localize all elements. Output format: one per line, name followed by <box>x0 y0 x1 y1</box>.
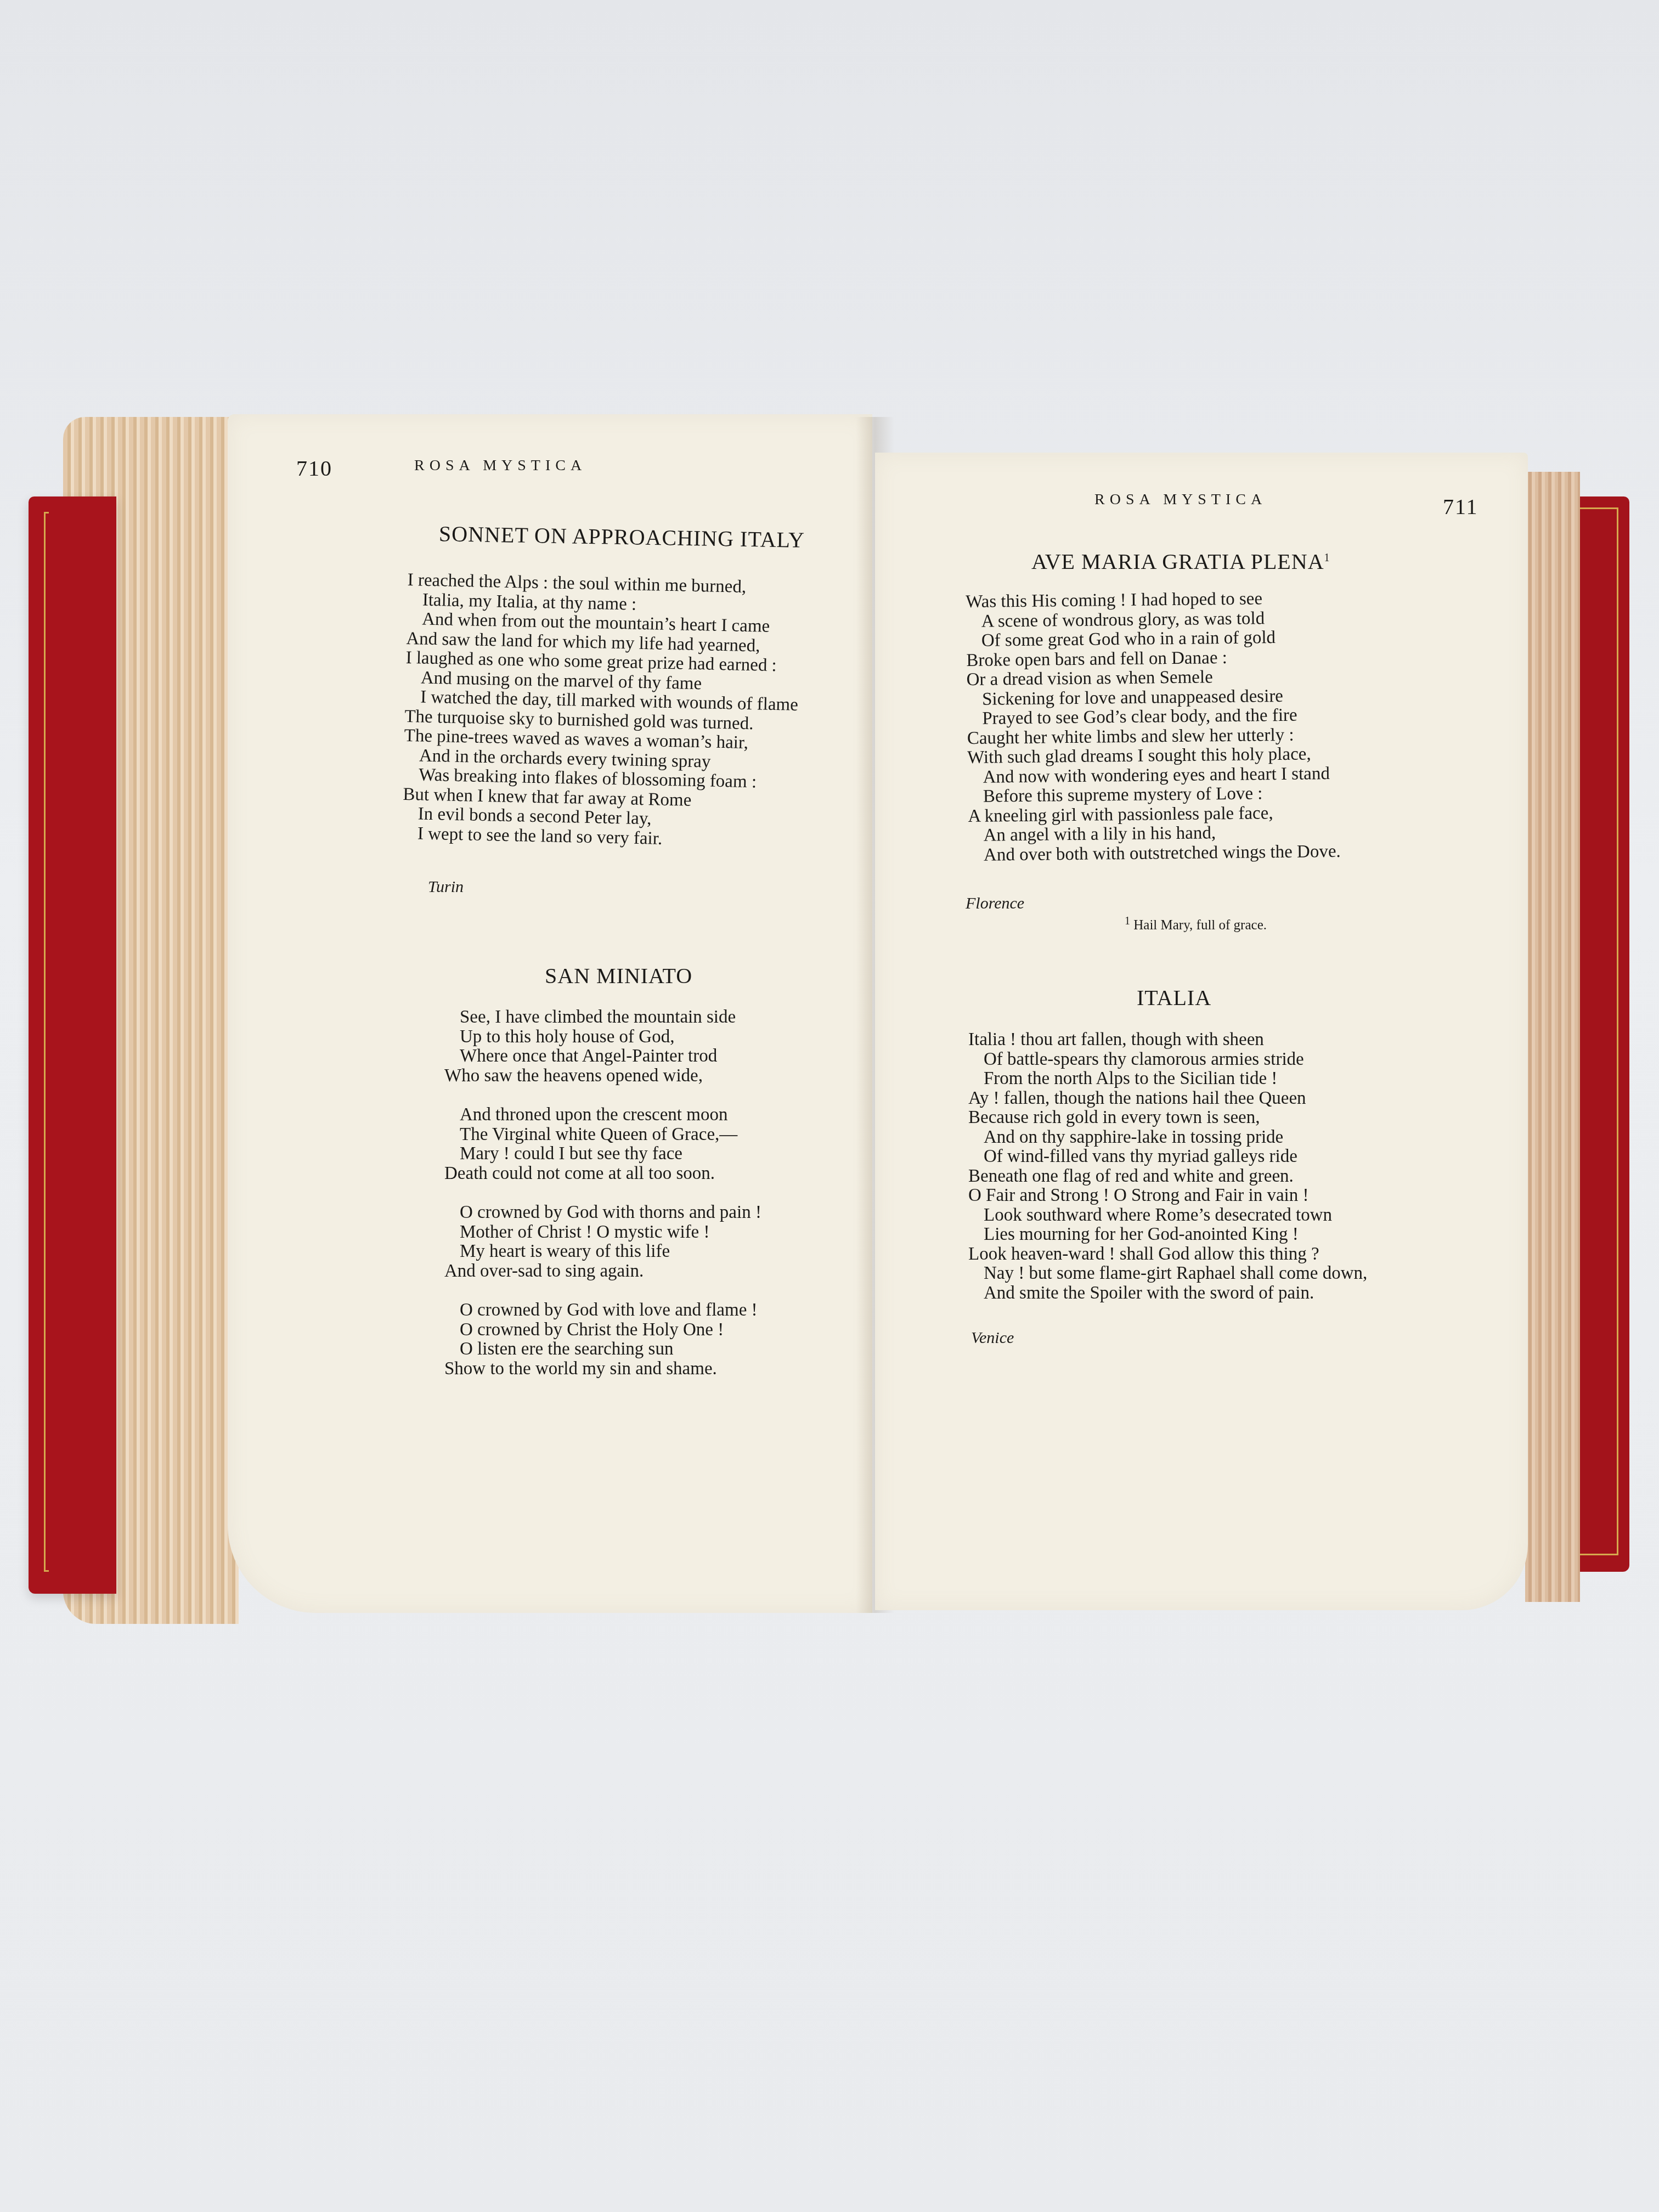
poem-body-san-miniato: See, I have climbed the mountain side Up… <box>444 1008 761 1379</box>
page-number: 711 <box>1443 494 1479 520</box>
poem-line: O crowned by Christ the Holy One ! <box>444 1321 761 1340</box>
poem-line: Of battle-spears thy clamorous armies st… <box>968 1050 1367 1070</box>
poem-line: O listen ere the searching sun <box>444 1340 761 1359</box>
gilt-border <box>1578 507 1618 1555</box>
stanza-break <box>444 1281 761 1301</box>
poem-line: Death could not come at all too soon. <box>444 1164 761 1184</box>
stanza-break <box>444 1086 761 1105</box>
poem-line: And over both with outstretched wings th… <box>968 842 1341 865</box>
poem-line: Italia ! thou art fallen, though with sh… <box>968 1030 1367 1050</box>
poem-line: Mary ! could I but see thy face <box>444 1144 761 1164</box>
stanza-break <box>444 1183 761 1203</box>
poem-line: Who saw the heavens opened wide, <box>444 1066 761 1086</box>
poem-place: Turin <box>428 878 464 896</box>
poem-title: SONNET ON APPROACHING ITALY <box>439 521 805 553</box>
poem-line: Beneath one flag of red and white and gr… <box>968 1167 1367 1187</box>
poem-line: O crowned by God with thorns and pain ! <box>444 1203 761 1223</box>
poem-body-italia: Italia ! thou art fallen, though with sh… <box>968 1030 1367 1303</box>
poem-line: Look heaven-ward ! shall God allow this … <box>968 1245 1367 1265</box>
poem-line: From the north Alps to the Sicilian tide… <box>968 1069 1367 1089</box>
running-head: ROSA MYSTICA <box>414 457 586 475</box>
poem-line: O crowned by God with love and flame ! <box>444 1301 761 1321</box>
left-page: 710 ROSA MYSTICA SONNET ON APPROACHING I… <box>228 414 872 1613</box>
poem-line: See, I have climbed the mountain side <box>444 1008 761 1028</box>
poem-line: And throned upon the crescent moon <box>444 1105 761 1125</box>
poem-line: Ay ! fallen, though the nations hail the… <box>968 1089 1367 1109</box>
poem-line: The Virginal white Queen of Grace,— <box>444 1125 761 1145</box>
poem-line: Nay ! but some flame-girt Raphael shall … <box>968 1264 1367 1284</box>
poem-title: ITALIA <box>1137 985 1211 1011</box>
book-cover-left <box>29 496 116 1594</box>
gilt-border <box>44 512 49 1572</box>
poem-line: Look southward where Rome’s desecrated t… <box>968 1206 1367 1226</box>
footnote: 1 Hail Mary, full of grace. <box>1125 915 1267 933</box>
poem-body-ave-maria: Was this His coming ! I had hoped to see… <box>966 589 1341 865</box>
poem-body-sonnet: I reached the Alps : the soul within me … <box>402 571 801 851</box>
poem-line: My heart is weary of this life <box>444 1242 761 1262</box>
footnote-marker: 1 <box>1125 915 1130 927</box>
poem-title-text: AVE MARIA GRATIA PLENA <box>1031 549 1324 574</box>
right-page: ROSA MYSTICA 711 AVE MARIA GRATIA PLENA1… <box>875 453 1528 1610</box>
running-head: ROSA MYSTICA <box>1094 491 1267 509</box>
poem-line: And now with wondering eyes and heart I … <box>967 764 1340 787</box>
poem-line: Because rich gold in every town is seen, <box>968 1108 1367 1128</box>
poem-line: And over-sad to sing again. <box>444 1262 761 1282</box>
poem-line: Up to this holy house of God, <box>444 1028 761 1047</box>
poem-line: Show to the world my sin and shame. <box>444 1359 761 1379</box>
poem-line: Mother of Christ ! O mystic wife ! <box>444 1223 761 1243</box>
poem-line: Lies mourning for her God-anointed King … <box>968 1225 1367 1245</box>
poem-place: Venice <box>971 1329 1014 1347</box>
poem-line: And smite the Spoiler with the sword of … <box>968 1284 1367 1304</box>
footnote-text: Hail Mary, full of grace. <box>1133 918 1267 933</box>
footnote-marker: 1 <box>1324 552 1330 564</box>
page-number: 710 <box>296 455 332 481</box>
poem-line: Of wind-filled vans thy myriad galleys r… <box>968 1147 1367 1167</box>
poem-title: SAN MINIATO <box>545 963 692 989</box>
page-edges-right <box>1525 472 1580 1602</box>
poem-line: Where once that Angel-Painter trod <box>444 1047 761 1066</box>
poem-line: And on thy sapphire-lake in tossing prid… <box>968 1128 1367 1148</box>
poem-line: O Fair and Strong ! O Strong and Fair in… <box>968 1186 1367 1206</box>
poem-place: Florence <box>966 894 1024 913</box>
poem-title: AVE MARIA GRATIA PLENA1 <box>1031 549 1330 574</box>
book-cover-right <box>1575 496 1629 1572</box>
